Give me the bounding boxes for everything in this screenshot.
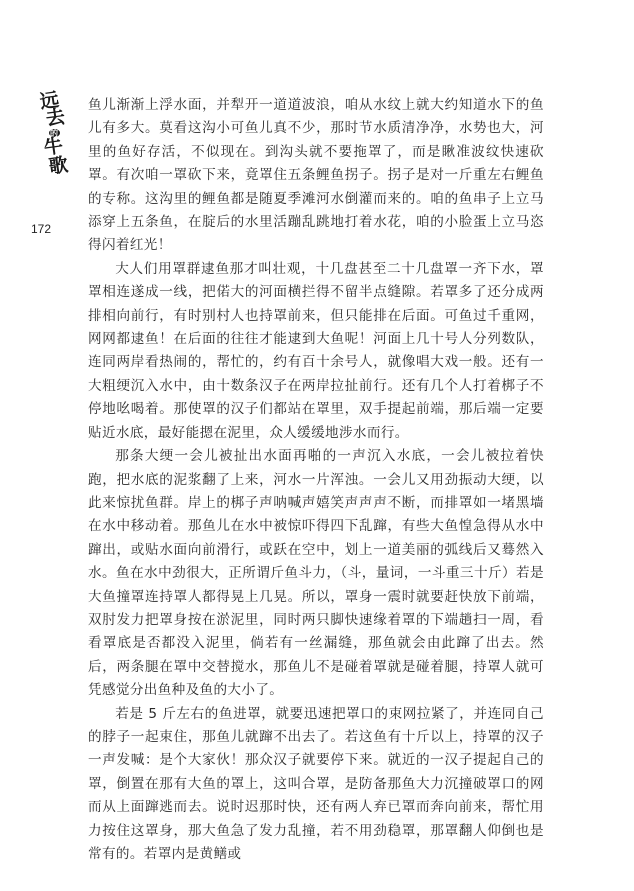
paragraph: 鱼儿渐渐上浮水面，并犁开一道道波浪，咱从水纹上就大约知道水下的鱼儿有多大。莫看这… [88,94,544,258]
paragraph: 大人们用罩群逮鱼那才叫壮观，十几盘甚至二十几盘罩一齐下水，罩罩相连遂成一线，把偌… [88,258,544,445]
paragraph: 那条大绠一会儿被扯出水面再啪的一声沉入水底，一会儿被拉着快跑，把水底的泥浆翻了上… [88,445,544,702]
book-title-vertical: 远 去 的 牛 歌 [28,92,80,174]
book-title-char: 歌 [48,156,69,177]
paragraph: 若是 5 斤左右的鱼进罩，就要迅速把罩口的束网拉紧了，并连同自己的脖子一起束住，… [88,703,544,867]
page-number: 172 [26,222,56,236]
book-title-char: 去 [45,108,66,129]
body-text: 鱼儿渐渐上浮水面，并犁开一道道波浪，咱从水纹上就大约知道水下的鱼儿有多大。莫看这… [88,94,544,866]
